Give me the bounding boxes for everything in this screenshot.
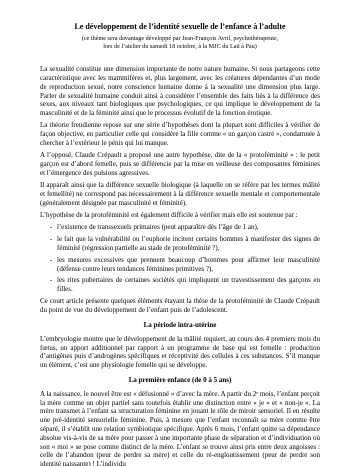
list-item: - les rites pubertaires de certaines soc…: [40, 276, 320, 294]
paragraph-article-presentation: Ce court article présente quelques éléme…: [40, 297, 320, 315]
list-item-text: le fait que la vulnérabilité ou l’euphor…: [57, 235, 320, 253]
subtitle-line-1: (ce thème sera davantage développé par J…: [40, 35, 320, 43]
paragraph-theorie-freudienne: La théorie freudienne repose sur une sér…: [40, 121, 320, 147]
paragraph-embryologie: L’embryologie montre que le développemen…: [40, 335, 320, 370]
list-item-text: les rites pubertaires de certaines socié…: [57, 276, 320, 294]
dash-marker: -: [50, 235, 57, 253]
document-subtitle: (ce thème sera davantage développé par J…: [40, 35, 320, 51]
dash-marker: -: [50, 256, 57, 274]
paragraph-difference-biologique: Il apparaît ainsi que la différence sexu…: [40, 181, 320, 207]
heading-periode-intra-uterine: La période intra-utérine: [40, 321, 320, 330]
document-page: Le développement de l’identité sexuelle …: [0, 0, 360, 466]
list-item: - les mesures excessives que prennent be…: [40, 256, 320, 274]
protofeminite-evidence-list: - l’existence de transsexuels primaires …: [40, 223, 320, 294]
paragraph-claude-crepault-hypothese: A l’opposé, Claude Crépault a proposé un…: [40, 151, 320, 177]
list-item: - le fait que la vulnérabilité ou l’euph…: [40, 235, 320, 253]
dash-marker: -: [50, 223, 57, 232]
subtitle-line-2: lors de l’atelier du samedi 18 octobre, …: [40, 43, 320, 51]
heading-premiere-enfance: La première enfance (de 0 à 5 ans): [40, 376, 320, 385]
paragraph-sexualite-dimension: La sexualité constitue une dimension imp…: [40, 65, 320, 118]
document-title: Le développement de l’identité sexuelle …: [40, 22, 320, 32]
paragraph-hypothese-protofeminite-intro: L’hypothèse de la protoféminité est égal…: [40, 211, 320, 220]
list-item-text: l’existence de transsexuels primaires (p…: [57, 223, 320, 232]
list-item-text: les mesures excessives que prennent beau…: [57, 256, 320, 274]
paragraph-naissance-defusion: A la naissance, le nouvel être est « déf…: [40, 390, 320, 466]
dash-marker: -: [50, 276, 57, 294]
list-item: - l’existence de transsexuels primaires …: [40, 223, 320, 232]
